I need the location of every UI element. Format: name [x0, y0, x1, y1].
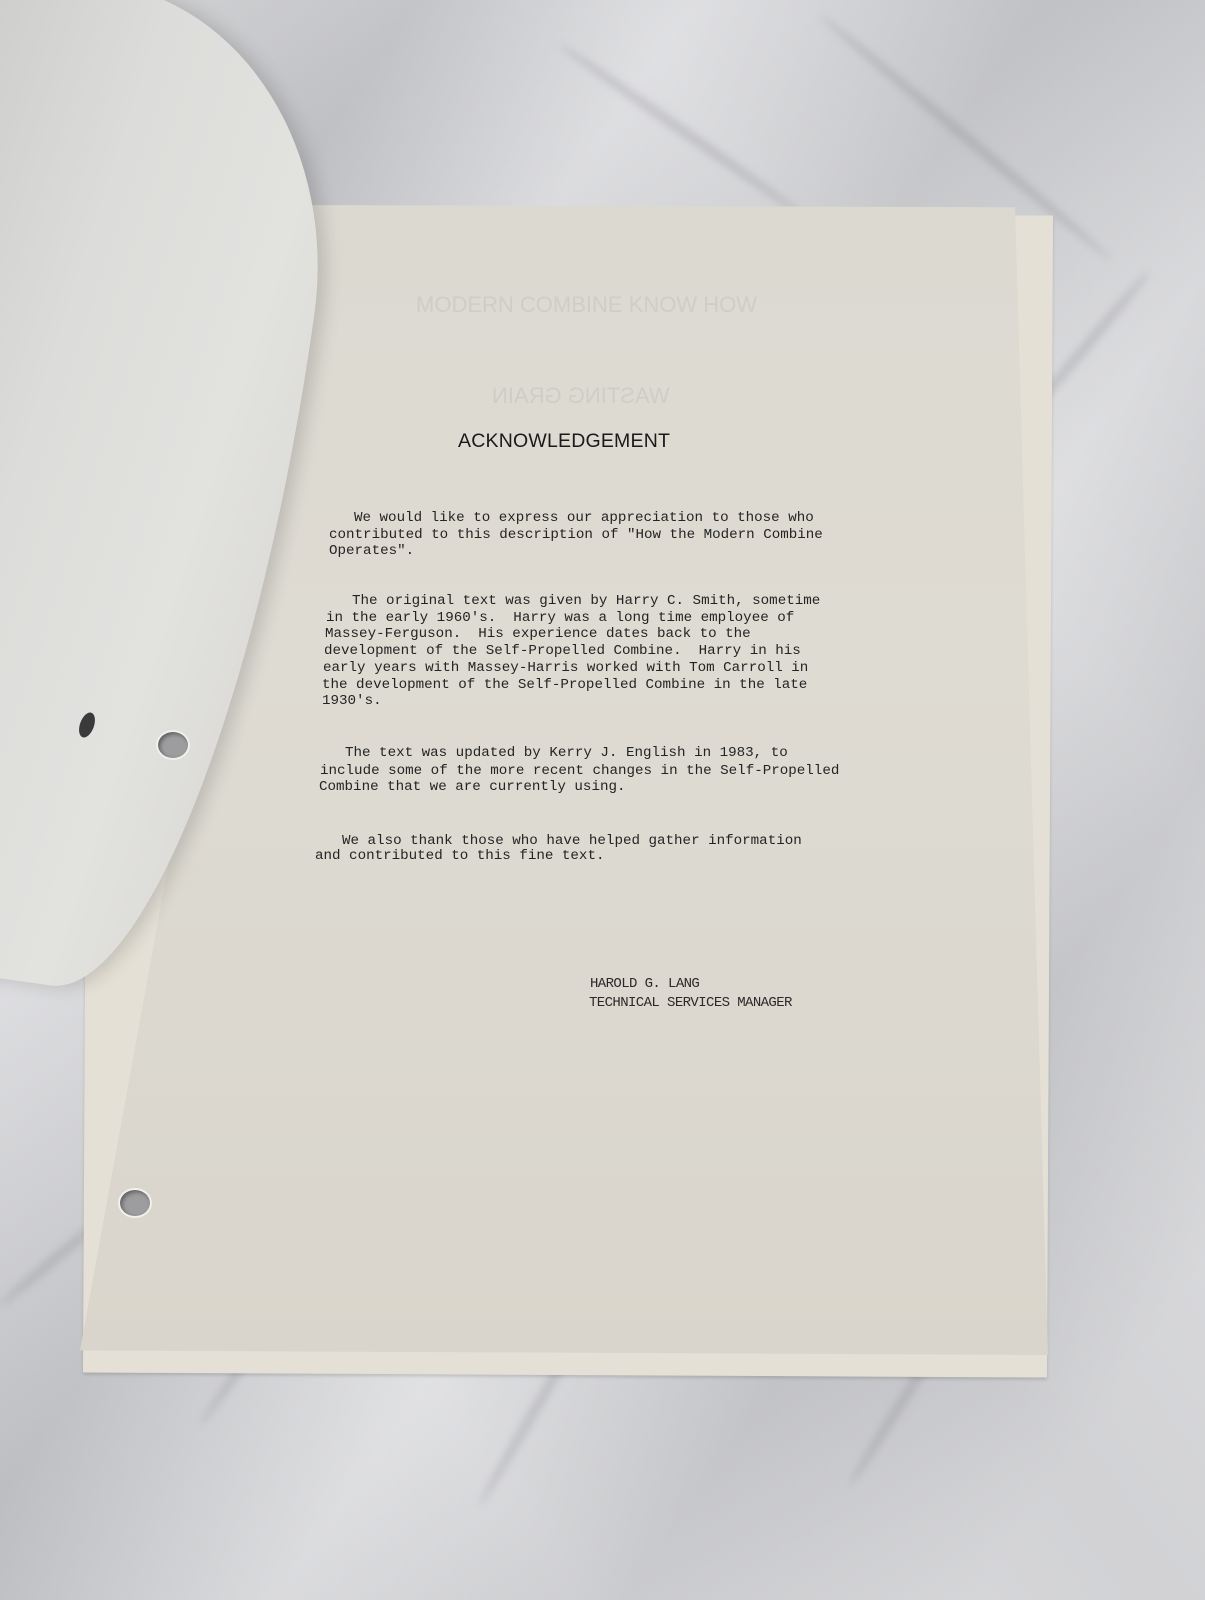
- paragraph-3-line-1: The text was updated by Kerry J. English…: [345, 745, 788, 762]
- paragraph-1-line-2: contributed to this description of "How …: [329, 527, 823, 544]
- paragraph-2-line-2: in the early 1960's. Harry was a long ti…: [326, 610, 794, 627]
- paragraph-2-line-1: The original text was given by Harry C. …: [352, 593, 820, 610]
- paragraph-1-line-1: We would like to express our appreciatio…: [354, 510, 814, 527]
- punch-hole: [156, 730, 190, 760]
- paragraph-3-line-2: include some of the more recent changes …: [320, 763, 839, 780]
- marble-vein: [557, 41, 808, 221]
- show-through-subheader: WASTING GRAIN: [492, 383, 670, 409]
- signature-position: TECHNICAL SERVICES MANAGER: [589, 995, 792, 1011]
- paragraph-3-line-3: Combine that we are currently using.: [319, 779, 626, 796]
- punch-hole: [118, 1188, 152, 1218]
- paragraph-2-line-4: development of the Self-Propelled Combin…: [324, 643, 801, 660]
- paragraph-4-line-2: and contributed to this fine text.: [315, 848, 604, 865]
- page-title: ACKNOWLEDGEMENT: [458, 430, 670, 453]
- paragraph-2-line-6: the development of the Self-Propelled Co…: [322, 677, 807, 694]
- show-through-header: MODERN COMBINE KNOW HOW: [416, 292, 757, 318]
- paragraph-1-line-3: Operates".: [329, 543, 414, 560]
- signature-name: HAROLD G. LANG: [590, 976, 699, 992]
- paragraph-2-line-3: Massey-Ferguson. His experience dates ba…: [325, 626, 751, 643]
- paragraph-2-line-7: 1930's.: [322, 693, 382, 710]
- paragraph-2-line-5: early years with Massey-Harris worked wi…: [323, 660, 808, 677]
